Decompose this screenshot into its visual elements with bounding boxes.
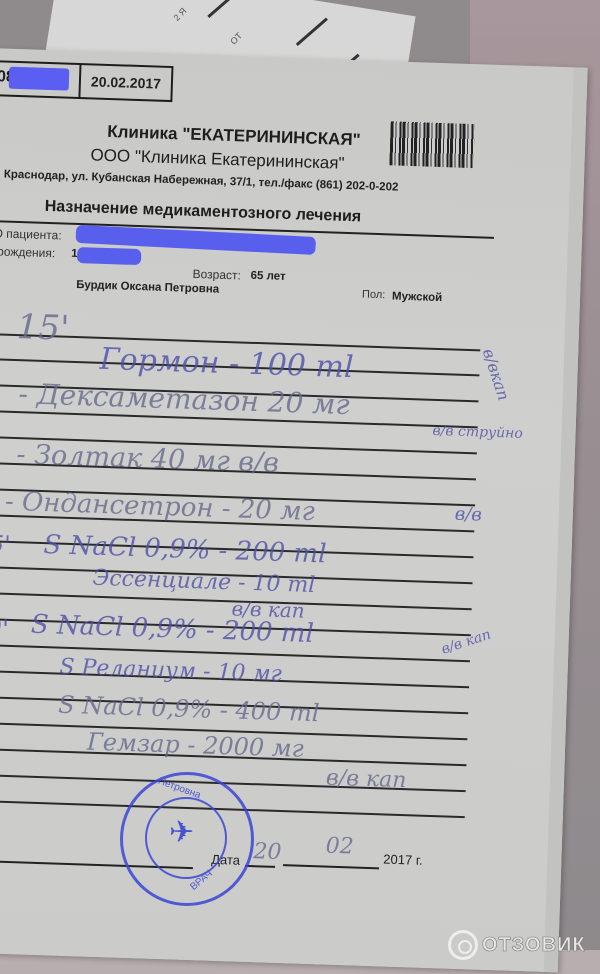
age-label: Возраст: (192, 267, 241, 283)
sheet-mark (207, 0, 232, 18)
handwritten-note: в/вкап (479, 346, 514, 403)
handwritten-entry: Эссенциале - 10 ml (92, 566, 316, 598)
handwritten-time: 15' (0, 530, 11, 559)
stamp-emblem-icon: ✈ (169, 815, 194, 850)
handwritten-entry: - Ондансетрон - 20 мг (4, 487, 315, 527)
clinic-name: Клиника "ЕКАТЕРИНИНСКАЯ" (107, 122, 361, 150)
sex-value: Мужской (392, 290, 443, 304)
otzovik-logo-icon (448, 930, 478, 960)
age-value: 65 лет (250, 270, 285, 283)
sheet-mark (296, 18, 328, 47)
handwritten-note: в/в (454, 504, 482, 526)
handwritten-time: 10' (0, 614, 9, 645)
handwritten-entry: S NaCl 0,9% - 400 ml (58, 691, 320, 728)
handwritten-entry: S NaCl 0,9% - 200 ml (43, 530, 327, 569)
redaction-mark (9, 67, 70, 91)
record-id-box: 089 20.02.2017 (0, 60, 174, 102)
sex-label: Пол: (362, 288, 386, 301)
handwritten-entry: Гемзар - 2000 мг (87, 728, 305, 763)
divider (78, 65, 81, 97)
sheet-text: 2 Я (172, 6, 189, 23)
handwritten-entry: в/в кап (326, 766, 407, 794)
handwritten-note: в/в струйно (432, 423, 523, 442)
sheet-text: ОТ (228, 31, 244, 47)
doctor-value: Бурдик Оксана Петровна (76, 279, 219, 296)
date-month: 02 (325, 834, 354, 860)
handwritten-entry: - Дексаметазон 20 мг (18, 377, 350, 421)
date-month-line (283, 864, 379, 869)
date-day-line (245, 865, 275, 867)
date-day: 20 (253, 839, 282, 865)
watermark: ОТЗОВИК (448, 930, 586, 960)
doctor-stamp: Петровна ВРАЧ ✈ (120, 772, 254, 906)
patient-label: ФИО пациента: (0, 226, 62, 243)
record-date: 20.02.2017 (91, 73, 162, 91)
redaction-mark (77, 247, 141, 265)
barcode (389, 121, 474, 168)
handwritten-note: в/в кап (439, 627, 493, 658)
prescription-form: 089 20.02.2017 Клиника "ЕКАТЕРИНИНСКАЯ" … (0, 48, 588, 972)
handwritten-entry: Гормон - 100 ml (99, 342, 354, 385)
watermark-text: ОТЗОВИК (482, 934, 586, 957)
birth-label: Дата рождения: (0, 243, 55, 260)
form-title: Назначение медикаментозного лечения (44, 198, 361, 226)
handwritten-time: 15' (16, 307, 70, 349)
clinic-org: ООО "Клиника Екатерининская" (90, 145, 345, 173)
handwritten-entry: S Реланиум - 10 мг (59, 655, 282, 687)
date-year: 2017 г. (383, 851, 423, 867)
